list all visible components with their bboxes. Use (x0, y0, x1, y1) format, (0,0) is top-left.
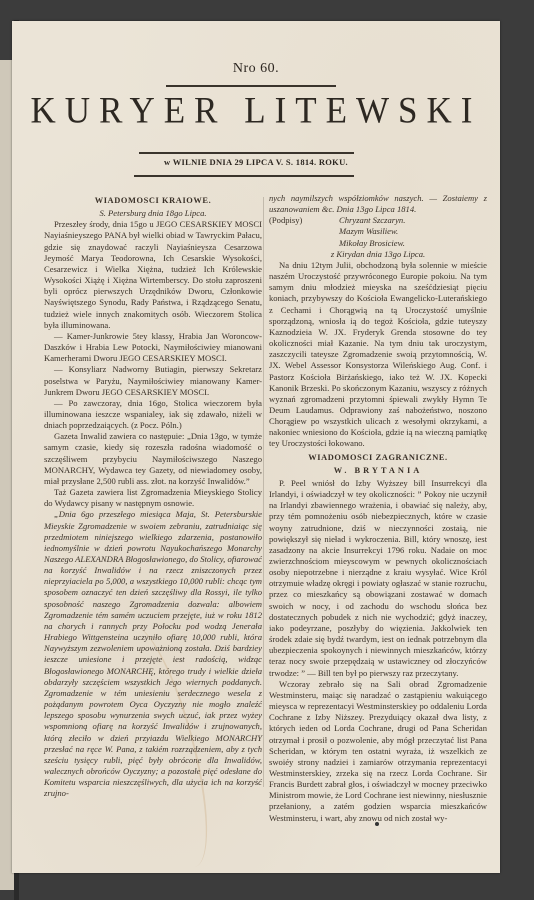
issue-dateline: w WILNIE DNIA 29 LIPCA V. S. 1814. ROKU. (12, 157, 500, 167)
letter-continuation: nych naymilszych współziomków naszych. —… (269, 193, 487, 215)
signature-name: Chryzant Szczaryn. (339, 215, 405, 226)
article-paragraph: — Kamer-Junkrowie 5tey klassy, Hrabia Ja… (44, 331, 262, 364)
rule-top (166, 85, 336, 87)
issue-number: Nro 60. (12, 61, 500, 77)
signatures-label: (Podpisy) (269, 215, 339, 226)
article-paragraph: P. Peel wniósł do Izby Wyższey bill Insu… (269, 478, 487, 679)
section-heading-foreign: WIADOMOSCI ZAGRANICZNE. (269, 452, 487, 463)
signature-block: (Podpisy) Chryzant Szczaryn. (269, 215, 487, 226)
article-paragraph: Wczoray zebrało się na Sali obrad Zgroma… (269, 679, 487, 824)
country-heading: W. BRYTANIA (269, 465, 487, 476)
article-paragraph: Taż Gazeta zawiera list Zgromadzenia Mie… (44, 487, 262, 509)
right-column: nych naymilszych współziomków naszych. —… (269, 193, 487, 824)
newspaper-page: Nro 60. KURYER LITEWSKI w WILNIE DNIA 29… (12, 21, 500, 873)
signature-name: Mikołay Brosiciew. (269, 238, 487, 249)
article-paragraph: Gazeta Inwalid zawiera co następuie: „Dn… (44, 431, 262, 487)
rule-dateline-top (139, 152, 354, 154)
signature-name: Mazym Wasiliew. (269, 226, 487, 237)
rule-dateline-bottom (134, 175, 354, 177)
article-dateline: z Kirydan dnia 13go Lipca. (269, 249, 487, 260)
article-paragraph: Na dniu 12tym Julii, obchodzoną była sol… (269, 260, 487, 450)
ink-spot (375, 822, 379, 826)
section-heading-domestic: WIADOMOSCI KRAIOWE. (44, 195, 262, 206)
column-divider (263, 197, 264, 787)
article-paragraph: — Konsyliarz Nadworny Butiagin, pierwszy… (44, 364, 262, 397)
article-paragraph: Przeszłey środy, dnia 15go u JEGO CESARS… (44, 219, 262, 331)
article-dateline: S. Petersburg dnia 18go Lipca. (44, 208, 262, 219)
newspaper-title: KURYER LITEWSKI (12, 90, 500, 132)
article-paragraph: — Po zawczoray, dnia 16go, Stolica wiecz… (44, 398, 262, 431)
